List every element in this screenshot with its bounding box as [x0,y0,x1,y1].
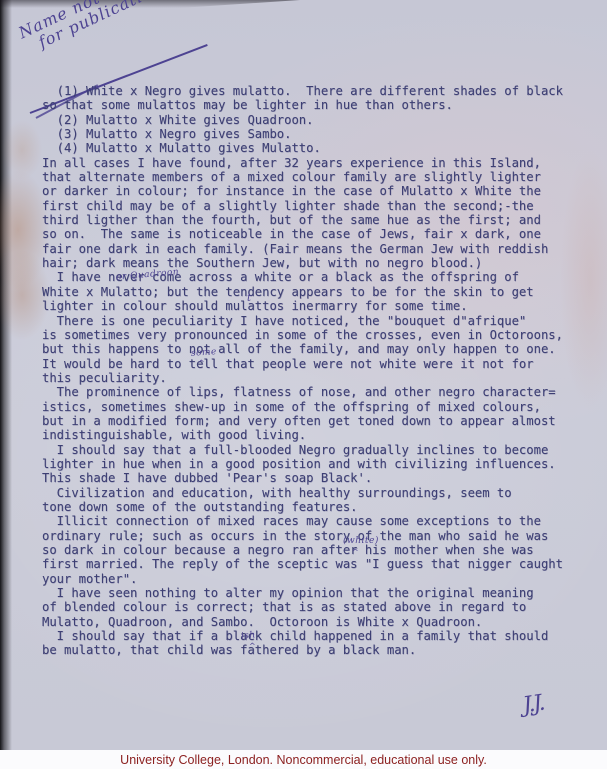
typed-line: I should say that a full-blooded Negro g… [42,443,563,457]
typed-line: but in a modified form; and very often g… [42,414,563,428]
typed-line: but this happens to not all of the famil… [42,342,563,356]
typed-line: (2) Mulatto x White gives Quadroon. [42,113,563,127]
foxing-stain [560,150,607,410]
handwritten-insert-t: t [247,294,252,303]
typed-line: ordinary rule; such as occurs in the sto… [42,529,563,543]
scan-edge-left [0,0,12,750]
typed-line: (1) White x Negro gives mulatto. There a… [42,84,563,98]
typed-line: your mother". [42,572,563,586]
signature-initials: J.J. [521,691,545,719]
handwritten-insert-some: some [191,348,217,359]
typed-line: The prominence of lips, flatness of nose… [42,385,563,399]
typed-line: It would be hard to tell that people wer… [42,357,563,371]
footer-credit-text: University College, London. Noncommercia… [120,753,487,767]
typed-line: (4) Mulatto x Mulatto gives Mulatto. [42,141,563,155]
typed-line: I have seen nothing to alter my opinion … [42,586,563,600]
insertion-caret: ^ [352,549,359,557]
typed-line: be mulatto, that child was fathered by a… [42,643,563,657]
typed-line: In all cases I have found, after 32 year… [42,156,563,170]
typed-line: Civilization and education, with healthy… [42,486,563,500]
typed-line: This shade I have dubbed 'Pear's soap Bl… [42,471,563,485]
handwritten-note: Name not for publication [16,0,165,57]
typed-letter-body: (1) White x Negro gives mulatto. There a… [42,84,563,658]
footer-credit-strip: University College, London. Noncommercia… [0,750,607,769]
typed-line: first child may be of a slightly lighter… [42,199,563,213]
typed-line: or darker in colour; for instance in the… [42,184,563,198]
typed-line: this peculiarity. [42,371,563,385]
typed-line: is sometimes very pronounced in some of … [42,328,563,342]
typed-line: Illicit connection of mixed races may ca… [42,514,563,528]
typed-line: Mulatto, Quadroon, and Sambo. Octoroon i… [42,615,563,629]
typed-line: hair; dark means the Southern Jew, but w… [42,256,563,270]
insertion-caret: ^ [249,643,256,651]
typed-line: I should say that if a black child happe… [42,629,563,643]
typed-line: lighter in hue when in a good position a… [42,457,563,471]
typed-line: that alternate members of a mixed colour… [42,170,563,184]
typed-line: first married. The reply of the sceptic … [42,557,563,571]
scanned-letter-page: Name not for publication (1) White x Neg… [0,0,607,751]
typed-line: istics, sometimes shew-up in some of the… [42,400,563,414]
typed-line: indistinguishable, with good living. [42,428,563,442]
typed-line: so on. The same is noticeable in the cas… [42,227,563,241]
handwritten-insert-white: (white) [343,537,379,546]
insertion-caret: ^ [198,360,205,368]
typed-line: (3) Mulatto x Negro gives Sambo. [42,127,563,141]
typed-line: There is one peculiarity I have noticed,… [42,314,563,328]
handwritten-insert-ish: ish [241,631,257,641]
typed-line: fair one dark in each family. (Fair mean… [42,242,563,256]
typed-line: lighter in colour should mulattos inerma… [42,299,563,313]
typed-line: White x Mulatto; but the tendency appear… [42,285,563,299]
typed-line: so dark in colour because a negro ran af… [42,543,563,557]
typed-line: tone down some of the outstanding featur… [42,500,563,514]
typed-line: so that some mulattos may be lighter in … [42,98,563,112]
typed-line: third ligther than the fourth, but of th… [42,213,563,227]
typed-line: of blended colour is correct; that is as… [42,600,563,614]
